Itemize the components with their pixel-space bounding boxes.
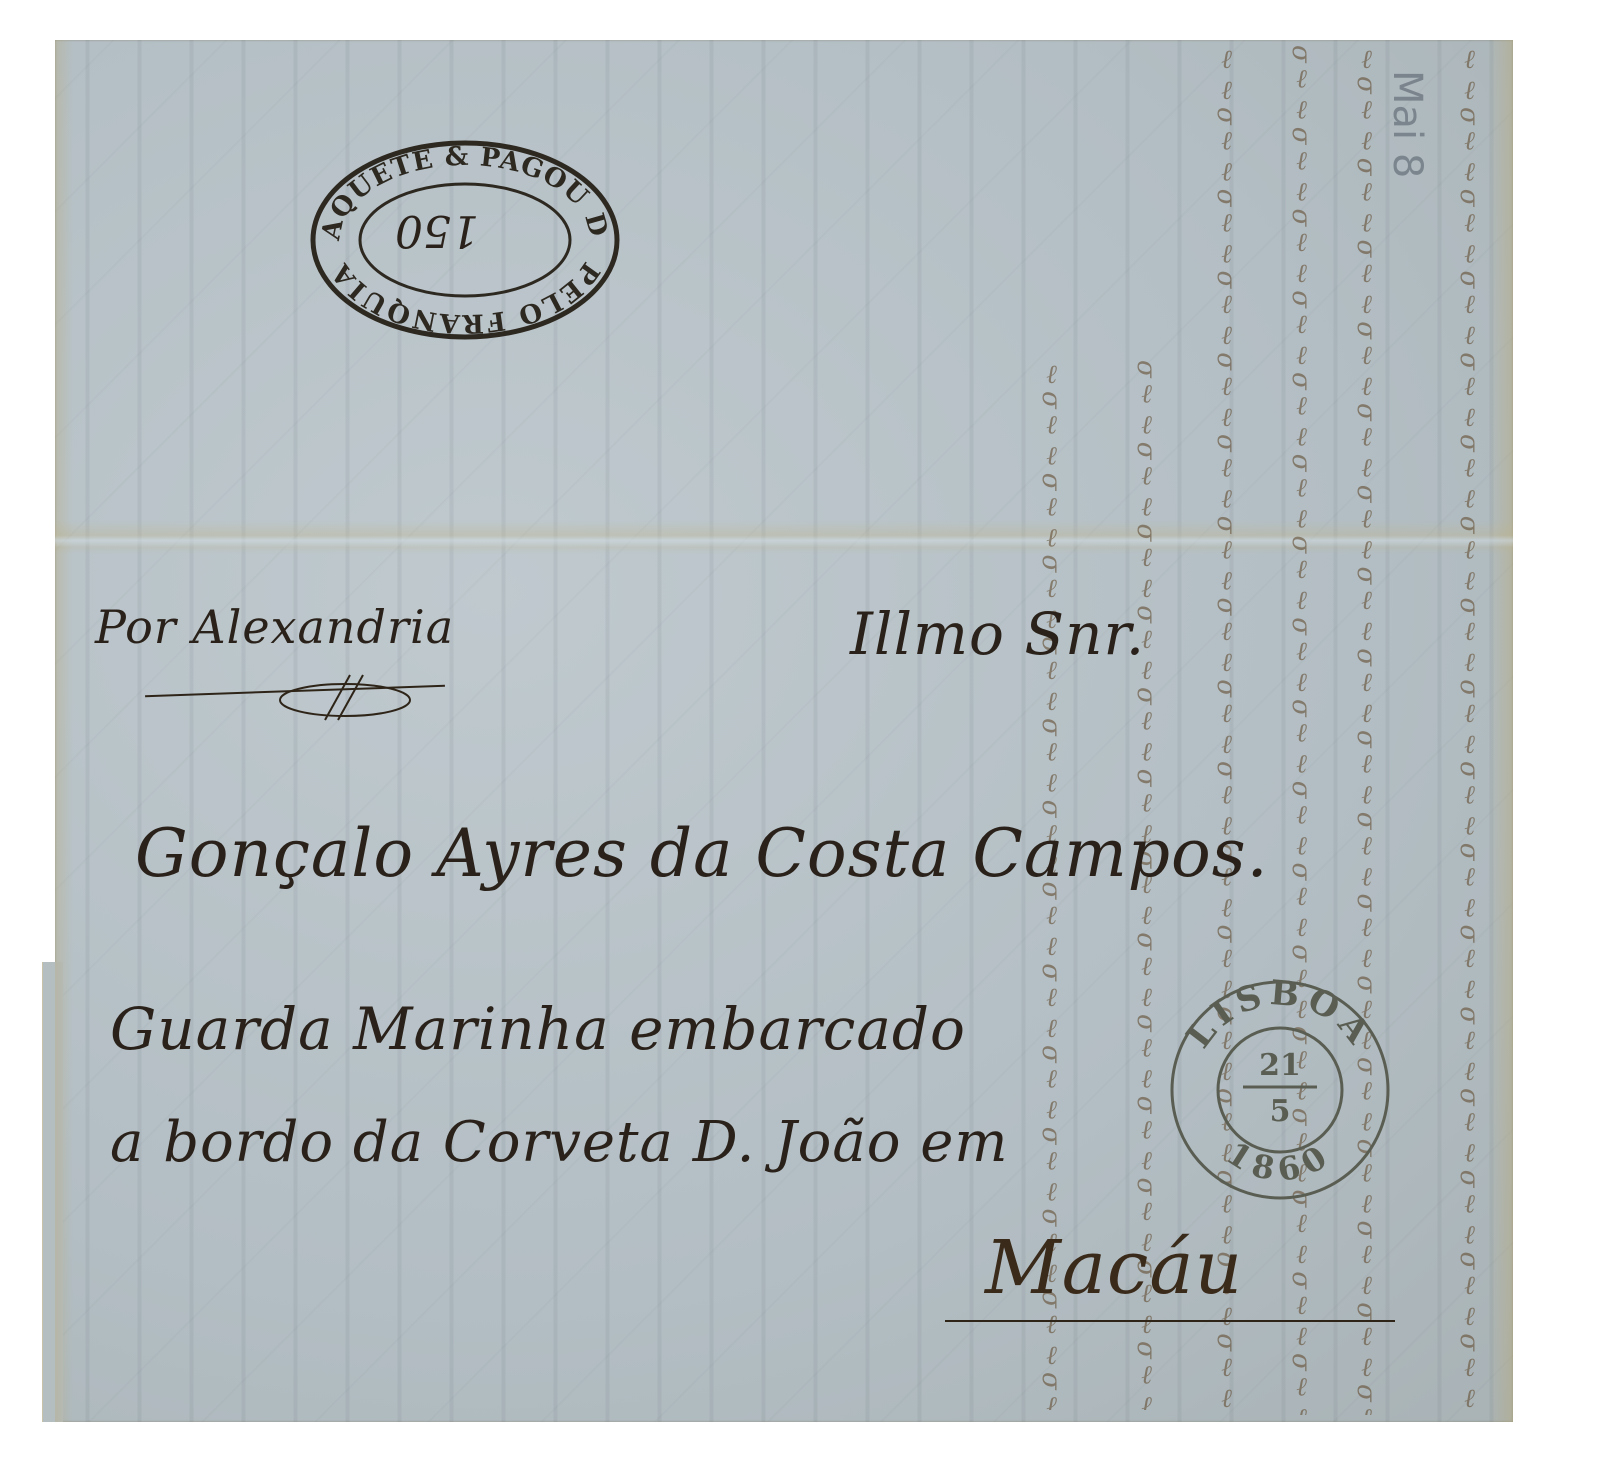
- flourish: [270, 665, 420, 725]
- postmark-day: 21: [1259, 1048, 1301, 1083]
- salutation: Illmo Snr.: [850, 600, 1145, 668]
- left-edge-stain: [55, 40, 73, 1422]
- address-line-2: a bordo da Corveta D. João em: [110, 1110, 1009, 1175]
- postage-amount: 150: [395, 205, 479, 256]
- recipient-name: Gonçalo Ayres da Costa Campos.: [135, 815, 1269, 892]
- lisboa-postmark: LISBOA 1860 21 5: [1165, 975, 1395, 1205]
- route-note: Por Alexandria: [95, 600, 454, 654]
- postmark-month: 5: [1270, 1094, 1291, 1129]
- postmark-city: LISBOA: [1179, 975, 1381, 1056]
- bleed-through-writing: ℓℓσℓℓσℓℓσℓℓσℓℓσℓℓσℓℓσℓℓσℓℓσℓℓσℓℓσℓℓσℓℓσℓ…: [1458, 45, 1480, 1415]
- destination: Macáu: [985, 1225, 1243, 1311]
- destination-underline: [945, 1320, 1395, 1322]
- postmark-year: 1860: [1220, 1134, 1340, 1189]
- address-line-1: Guarda Marinha embarcado: [110, 995, 966, 1063]
- bleed-through-writing: ℓσℓℓσℓℓσℓℓσℓℓσℓℓσℓℓσℓℓσℓℓσℓℓσℓℓσℓℓσℓℓσℓℓ…: [1355, 45, 1377, 1415]
- bleed-through-writing: σℓℓσℓℓσℓℓσℓℓσℓℓσℓℓσℓℓσℓℓσℓℓσℓℓσℓℓσℓℓσℓℓσ…: [1290, 45, 1312, 1415]
- svg-text:LISBOA: LISBOA: [1179, 975, 1381, 1056]
- bleed-through-writing: ℓℓσℓℓσℓℓσℓℓσℓℓσℓℓσℓℓσℓℓσℓℓσℓℓσℓℓσℓℓσℓℓσℓ…: [1215, 45, 1237, 1415]
- right-edge-stain: [1488, 40, 1513, 1422]
- svg-text:1860: 1860: [1220, 1134, 1340, 1189]
- pencil-annotation: Mai 8: [1384, 70, 1430, 178]
